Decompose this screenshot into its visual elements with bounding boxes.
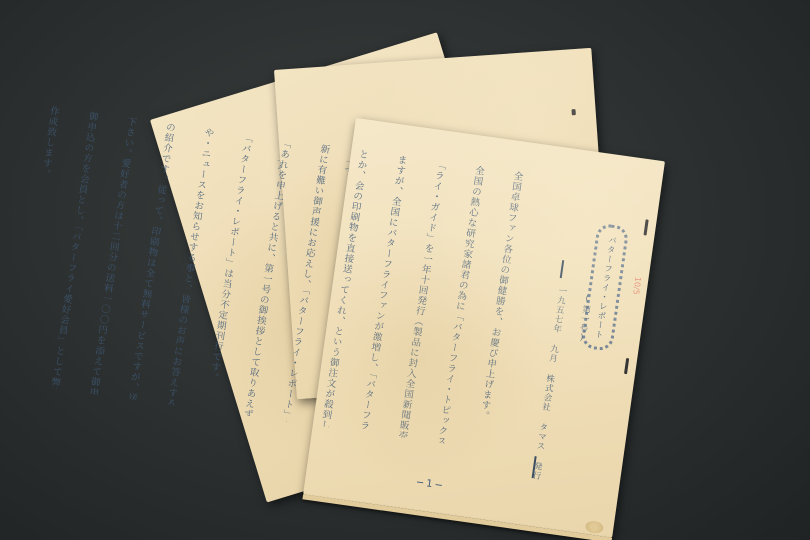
staple-top: [643, 219, 648, 235]
folded-corner: [585, 520, 604, 534]
page-number: −1−: [415, 477, 445, 492]
document-sheet-top: バターフライ・レポート 10/5 一九五七年 九月 株式会社 タマス 発行 (第…: [303, 118, 665, 538]
paper-stack-edge: [302, 494, 612, 540]
issue-info: 一九五七年 九月 株式会社 タマス 発行: [528, 285, 568, 481]
masthead-title: バターフライ・レポート: [592, 235, 618, 340]
body-line: 全国卓球ファン各位の御健勝を、お慶び申上げます。: [472, 170, 524, 449]
top-sheet-body-text: 全国卓球ファン各位の御健勝を、お慶び申上げます。 全国の熱心な研究家諸君の為に「…: [0, 101, 550, 452]
staple-bottom: [624, 358, 629, 374]
red-pencil-mark: 10/5: [631, 276, 642, 295]
rule-top: [560, 260, 564, 278]
staple-mark: [571, 109, 575, 115]
